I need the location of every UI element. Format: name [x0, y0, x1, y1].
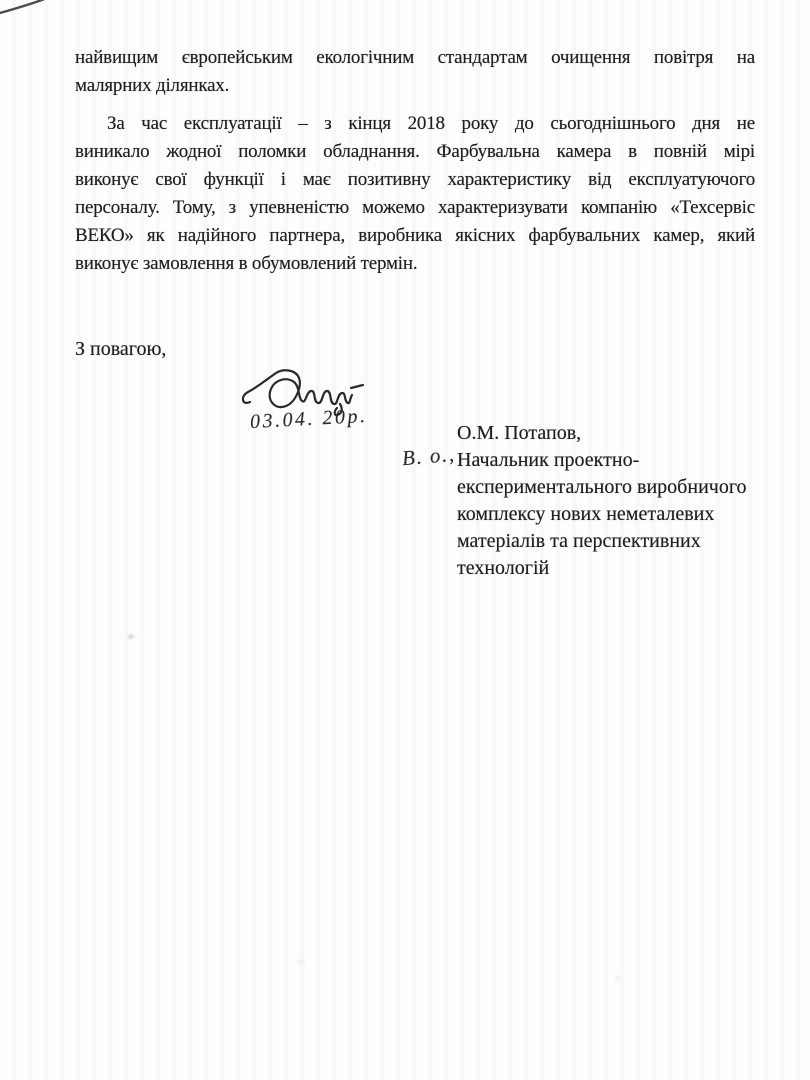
paragraph-line: За час експлуатації – з кінця 2018 року … [75, 110, 755, 138]
signer-block: О.М. Потапов, Начальник проектно- експер… [457, 420, 762, 582]
closing-salutation: З повагою, [75, 336, 166, 362]
paragraph-line: виникало жодної поломки обладнання. Фарб… [75, 138, 755, 166]
signer-title-line: експериментального виробничого [457, 474, 762, 501]
paragraph-line: виконує замовлення в обумовлений термін. [75, 250, 755, 278]
handwritten-acting-abbreviation: В. о., [401, 442, 456, 472]
scan-speck [297, 960, 305, 964]
paragraph-line: малярних ділянках. [75, 72, 755, 100]
signer-title-line: Начальник проектно- [457, 447, 762, 474]
letter-body: найвищим європейським екологічним станда… [75, 44, 755, 278]
signer-title-line: комплексу нових неметалевих [457, 501, 762, 528]
scan-speck [615, 976, 620, 980]
scan-fold-line-icon [0, 0, 60, 20]
paragraph-operation-history: За час експлуатації – з кінця 2018 року … [75, 110, 755, 278]
signer-title-line: технологій [457, 555, 762, 582]
handwritten-date: 03.04. 20р. [249, 405, 368, 434]
paragraph-line: найвищим європейським екологічним станда… [75, 44, 755, 72]
scan-speck [128, 634, 134, 639]
paragraph-continuation: найвищим європейським екологічним станда… [75, 44, 755, 100]
signer-name: О.М. Потапов, [457, 420, 762, 447]
scanned-letter-page: найвищим європейським екологічним станда… [0, 0, 810, 1080]
paragraph-line: персоналу. Тому, з упевненістю можемо ха… [75, 194, 755, 222]
paragraph-line: виконує свої функції і має позитивну хар… [75, 166, 755, 194]
signer-title-line: матеріалів та перспективних [457, 528, 762, 555]
paragraph-line: ВЕКО» як надійного партнера, виробника я… [75, 222, 755, 250]
